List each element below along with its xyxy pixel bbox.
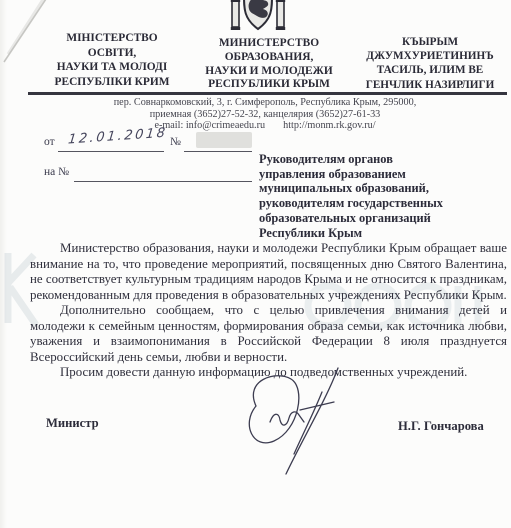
number-label: № — [170, 136, 181, 148]
from-label: от — [44, 136, 55, 148]
header-divider — [28, 92, 507, 95]
phone-numbers: приемная (3652)27-52-32, канцелярия (365… — [30, 109, 500, 121]
ministry-name-russian: МИНИСТЕРСТВО ОБРАЗОВАНИЯ, НАУКИ И МОЛОДЕ… — [188, 37, 350, 92]
email: e-mail: info@crimeaedu.ru — [154, 120, 265, 131]
paragraph-family-day: Дополнительно сообщаем, что с целью прив… — [30, 303, 507, 365]
website-url: http://monm.rk.gov.ru/ — [283, 120, 375, 131]
date-underline — [58, 151, 164, 152]
reply-underline — [74, 181, 252, 182]
signer-title: Министр — [46, 416, 99, 431]
ministry-name-crimean-tatar: КЪЫРЫМ ДЖУМХУРИЕТИНИНЪ ТАСИЛЬ, ИЛИМ ВЕ Г… — [352, 35, 508, 92]
scanned-letter-page: МІНІСТЕРСТВО ОСВІТИ, НАУКИ ТА МОЛОДІ РЕС… — [0, 0, 511, 528]
crimea-coat-of-arms-icon — [230, 0, 286, 37]
contact-block: пер. Совнаркомовский, 3, г. Симферополь,… — [30, 97, 500, 132]
signer-name: Н.Г. Гончарова — [398, 419, 484, 434]
recipient-block: Руководителям органов управления образов… — [259, 152, 509, 240]
ministry-name-ukrainian: МІНІСТЕРСТВО ОСВІТИ, НАУКИ ТА МОЛОДІ РЕС… — [28, 31, 196, 89]
redacted-number-blot — [196, 132, 252, 148]
number-underline — [184, 151, 252, 152]
reply-to-label: на № — [44, 166, 69, 178]
paragraph-valentine-warning: Министерство образования, науки и молоде… — [30, 241, 507, 303]
postal-address: пер. Совнаркомовский, 3, г. Симферополь,… — [30, 97, 500, 109]
handwritten-signature — [222, 362, 362, 477]
letter-body: Министерство образования, науки и молоде… — [30, 241, 507, 381]
